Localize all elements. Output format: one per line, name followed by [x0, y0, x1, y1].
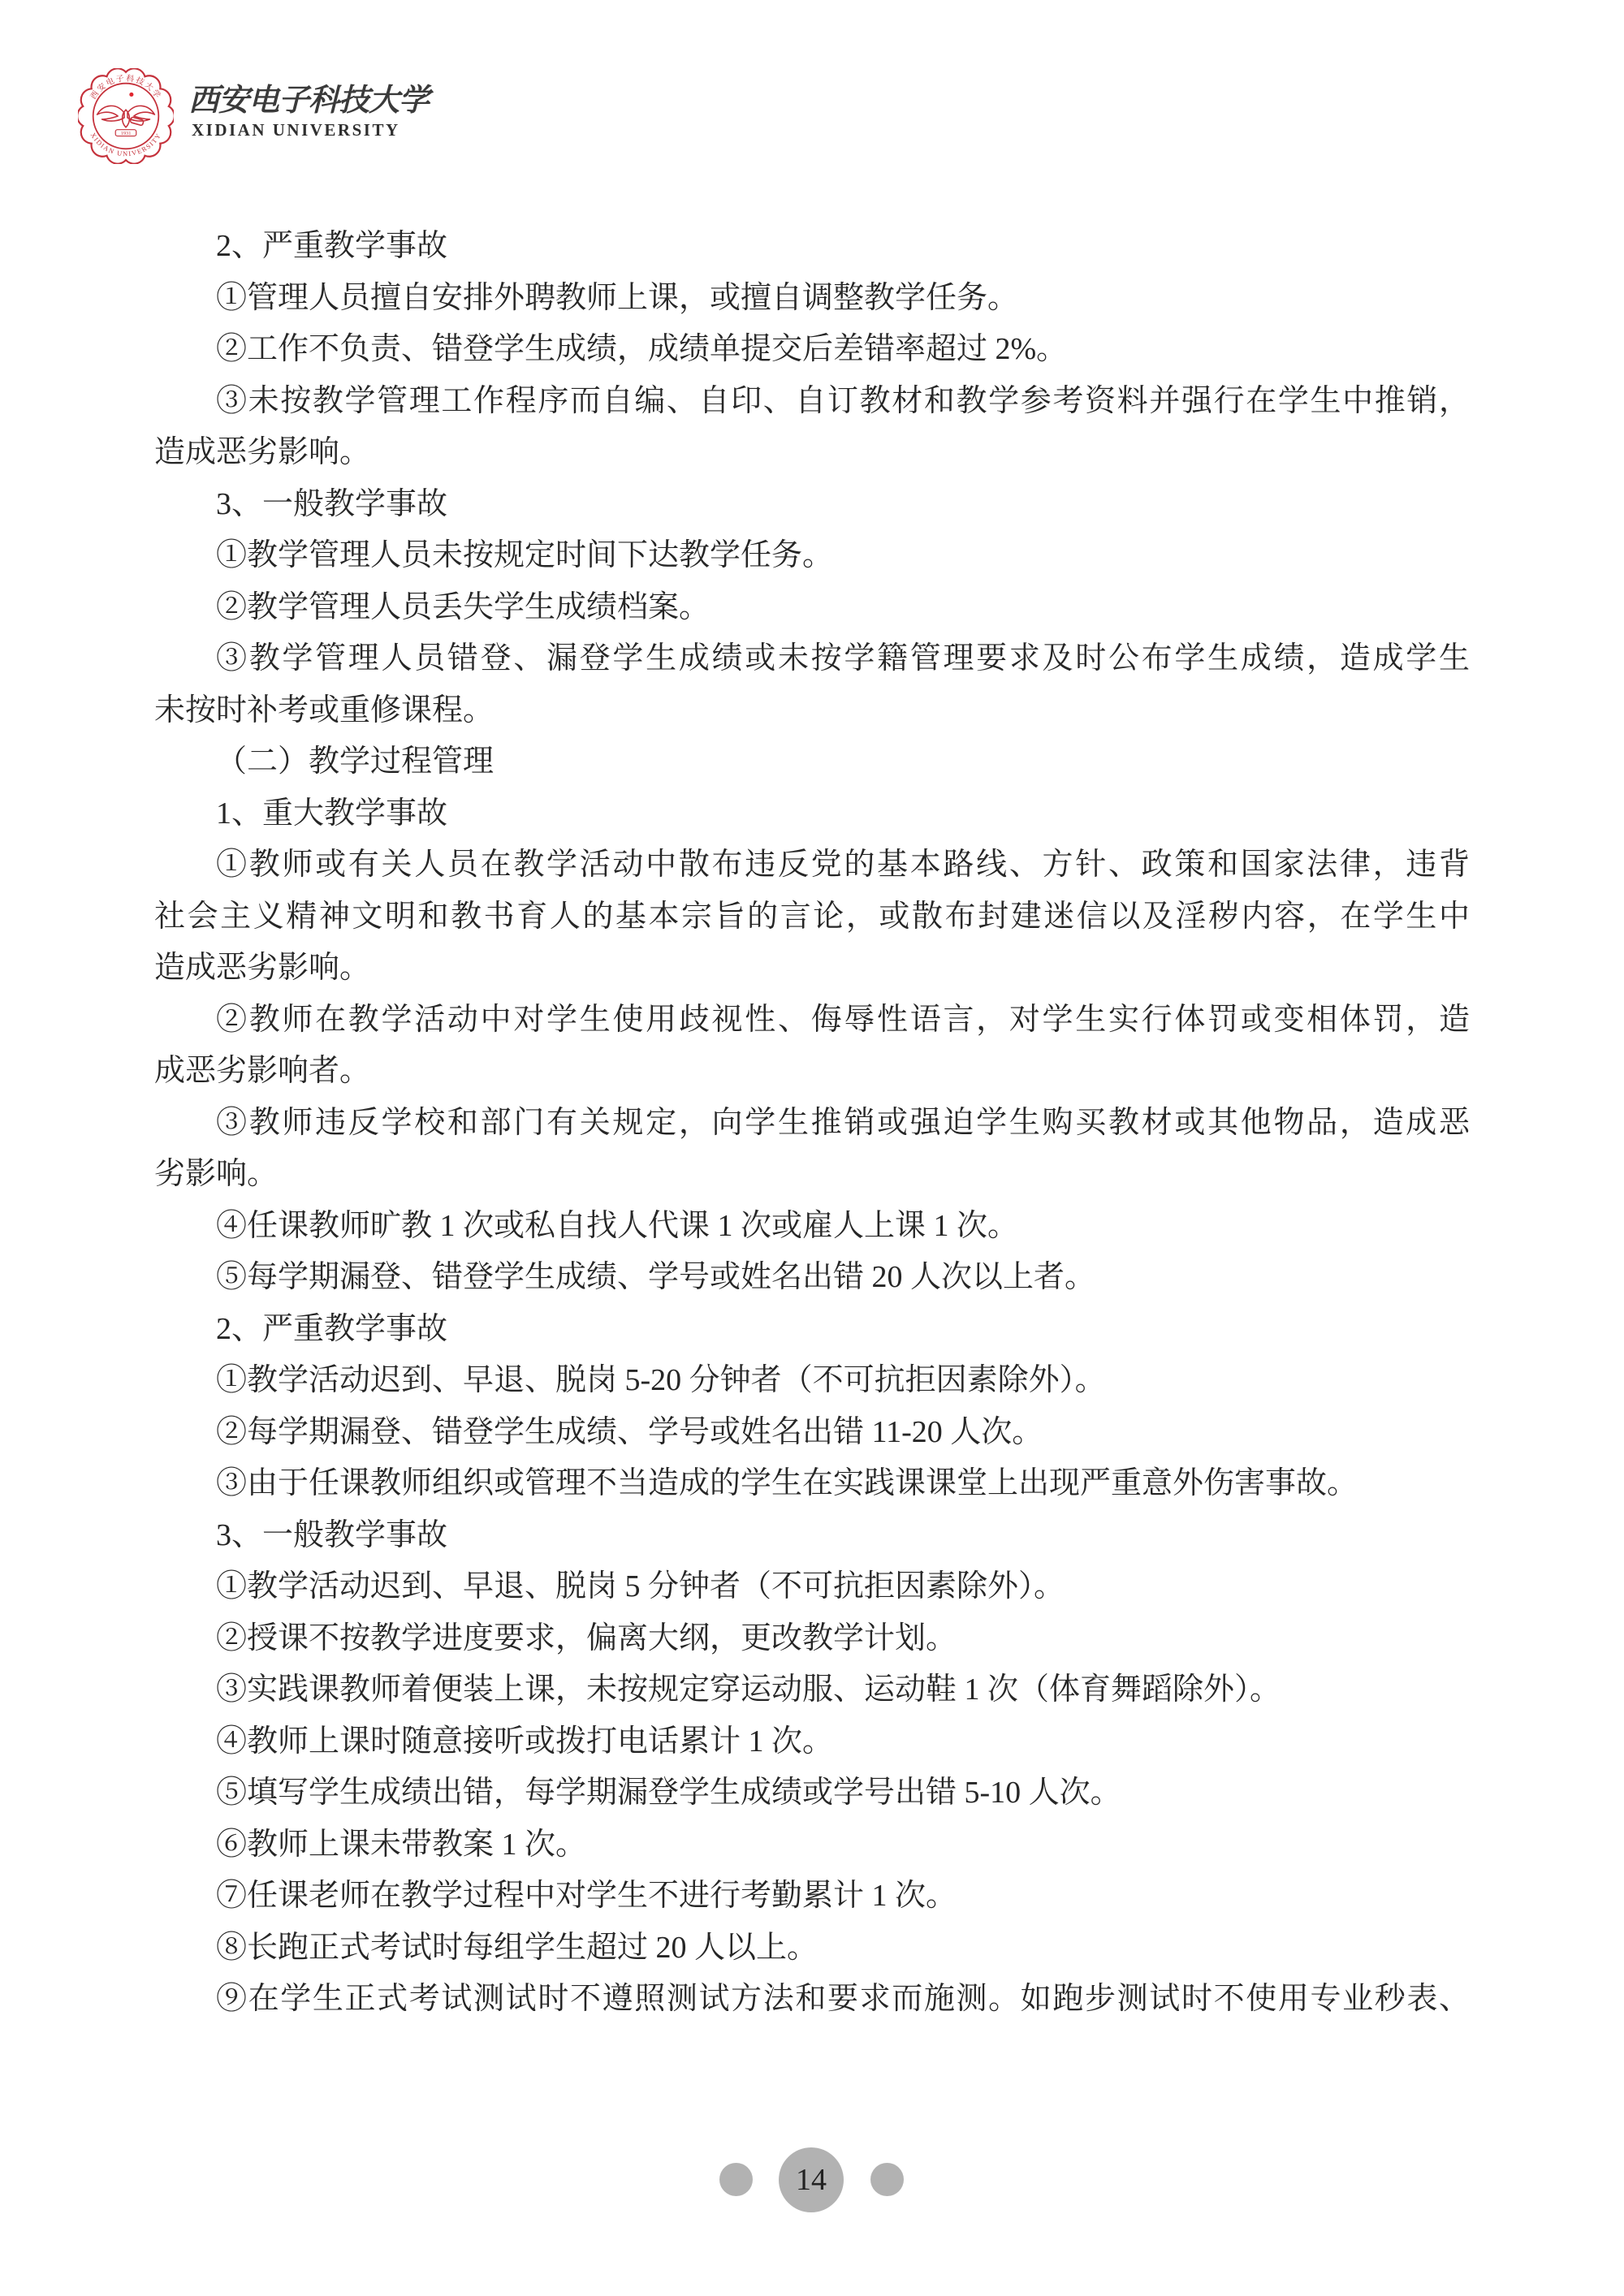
text-line: 劣影响。 [154, 1149, 1470, 1201]
eagle-icon [97, 106, 155, 127]
text-line: ①管理人员擅自安排外聘教师上课，或擅自调整教学任务。 [154, 273, 1470, 325]
text-line: 2、严重教学事故 [154, 1304, 1470, 1356]
seal-year: 1931 [121, 131, 132, 136]
text-line: ③教师违反学校和部门有关规定，向学生推销或强迫学生购买教材或其他物品，造成恶 [154, 1098, 1470, 1150]
text-line: ⑦任课老师在教学过程中对学生不进行考勤累计 1 次。 [154, 1871, 1470, 1923]
text-line: ⑨在学生正式考试测试时不遵照测试方法和要求而施测。如跑步测试时不使用专业秒表、 [154, 1974, 1470, 2026]
seal-red-dot [129, 93, 133, 97]
footer-left-dot [719, 2163, 753, 2196]
document-lines: 2、严重教学事故①管理人员擅自安排外聘教师上课，或擅自调整教学任务。②工作不负责… [154, 221, 1470, 2026]
text-line: ②教学管理人员丢失学生成绩档案。 [154, 582, 1470, 634]
document-page: 西安电子科技大学 XIDIAN UNIVERSITY 1931 西安电子科技大学… [0, 0, 1624, 2296]
text-line: 1、重大教学事故 [154, 788, 1470, 840]
text-line: ②工作不负责、错登学生成绩，成绩单提交后差错率超过 2%。 [154, 324, 1470, 376]
text-line: 造成恶劣影响。 [154, 427, 1470, 479]
text-line: 未按时补考或重修课程。 [154, 685, 1470, 737]
seal-inner-circle [93, 84, 159, 149]
university-wordmark-zh: 西安电子科技大学 [188, 75, 432, 120]
text-line: （二）教学过程管理 [154, 736, 1470, 788]
text-line: ④任课教师旷教 1 次或私自找人代课 1 次或雇人上课 1 次。 [154, 1201, 1470, 1253]
text-line: ⑤每学期漏登、错登学生成绩、学号或姓名出错 20 人次以上者。 [154, 1252, 1470, 1304]
text-line: ②每学期漏登、错登学生成绩、学号或姓名出错 11-20 人次。 [154, 1407, 1470, 1459]
text-line: ③由于任课教师组织或管理不当造成的学生在实践课课堂上出现严重意外伤害事故。 [154, 1458, 1470, 1510]
text-line: ①教学活动迟到、早退、脱岗 5 分钟者（不可抗拒因素除外）。 [154, 1561, 1470, 1613]
text-line: ①教学管理人员未按规定时间下达教学任务。 [154, 530, 1470, 582]
page-number: 14 [796, 2162, 827, 2198]
text-line: 造成恶劣影响。 [154, 943, 1470, 995]
university-wordmark-en: XIDIAN UNIVERSITY [192, 120, 400, 140]
text-line: ④教师上课时随意接听或拨打电话累计 1 次。 [154, 1716, 1470, 1768]
text-line: ①教师或有关人员在教学活动中散布违反党的基本路线、方针、政策和国家法律，违背 [154, 839, 1470, 891]
text-line: ③教学管理人员错登、漏登学生成绩或未按学籍管理要求及时公布学生成绩，造成学生 [154, 633, 1470, 685]
text-line: ⑥教师上课未带教案 1 次。 [154, 1819, 1470, 1871]
university-seal: 西安电子科技大学 XIDIAN UNIVERSITY 1931 [78, 68, 174, 164]
text-line: ③实践课教师着便装上课，未按规定穿运动服、运动鞋 1 次（体育舞蹈除外）。 [154, 1664, 1470, 1716]
text-line: ⑤填写学生成绩出错，每学期漏登学生成绩或学号出错 5-10 人次。 [154, 1767, 1470, 1819]
seal-year-banner: 1931 [115, 130, 136, 136]
text-line: ②授课不按教学进度要求，偏离大纲，更改教学计划。 [154, 1613, 1470, 1665]
text-line: ①教学活动迟到、早退、脱岗 5-20 分钟者（不可抗拒因素除外）。 [154, 1355, 1470, 1407]
footer-right-dot [870, 2163, 904, 2196]
page-number-badge: 14 [779, 2147, 844, 2212]
text-line: 成恶劣影响者。 [154, 1046, 1470, 1098]
text-line: ③未按教学管理工作程序而自编、自印、自订教材和教学参考资料并强行在学生中推销， [154, 376, 1470, 428]
text-line: 3、一般教学事故 [154, 1510, 1470, 1562]
text-line: 社会主义精神文明和教书育人的基本宗旨的言论，或散布封建迷信以及淫秽内容，在学生中 [154, 891, 1470, 943]
text-line: 3、一般教学事故 [154, 479, 1470, 531]
text-line: ⑧长跑正式考试时每组学生超过 20 人以上。 [154, 1923, 1470, 1974]
text-line: 2、严重教学事故 [154, 221, 1470, 273]
text-line: ②教师在教学活动中对学生使用歧视性、侮辱性语言，对学生实行体罚或变相体罚，造 [154, 995, 1470, 1047]
